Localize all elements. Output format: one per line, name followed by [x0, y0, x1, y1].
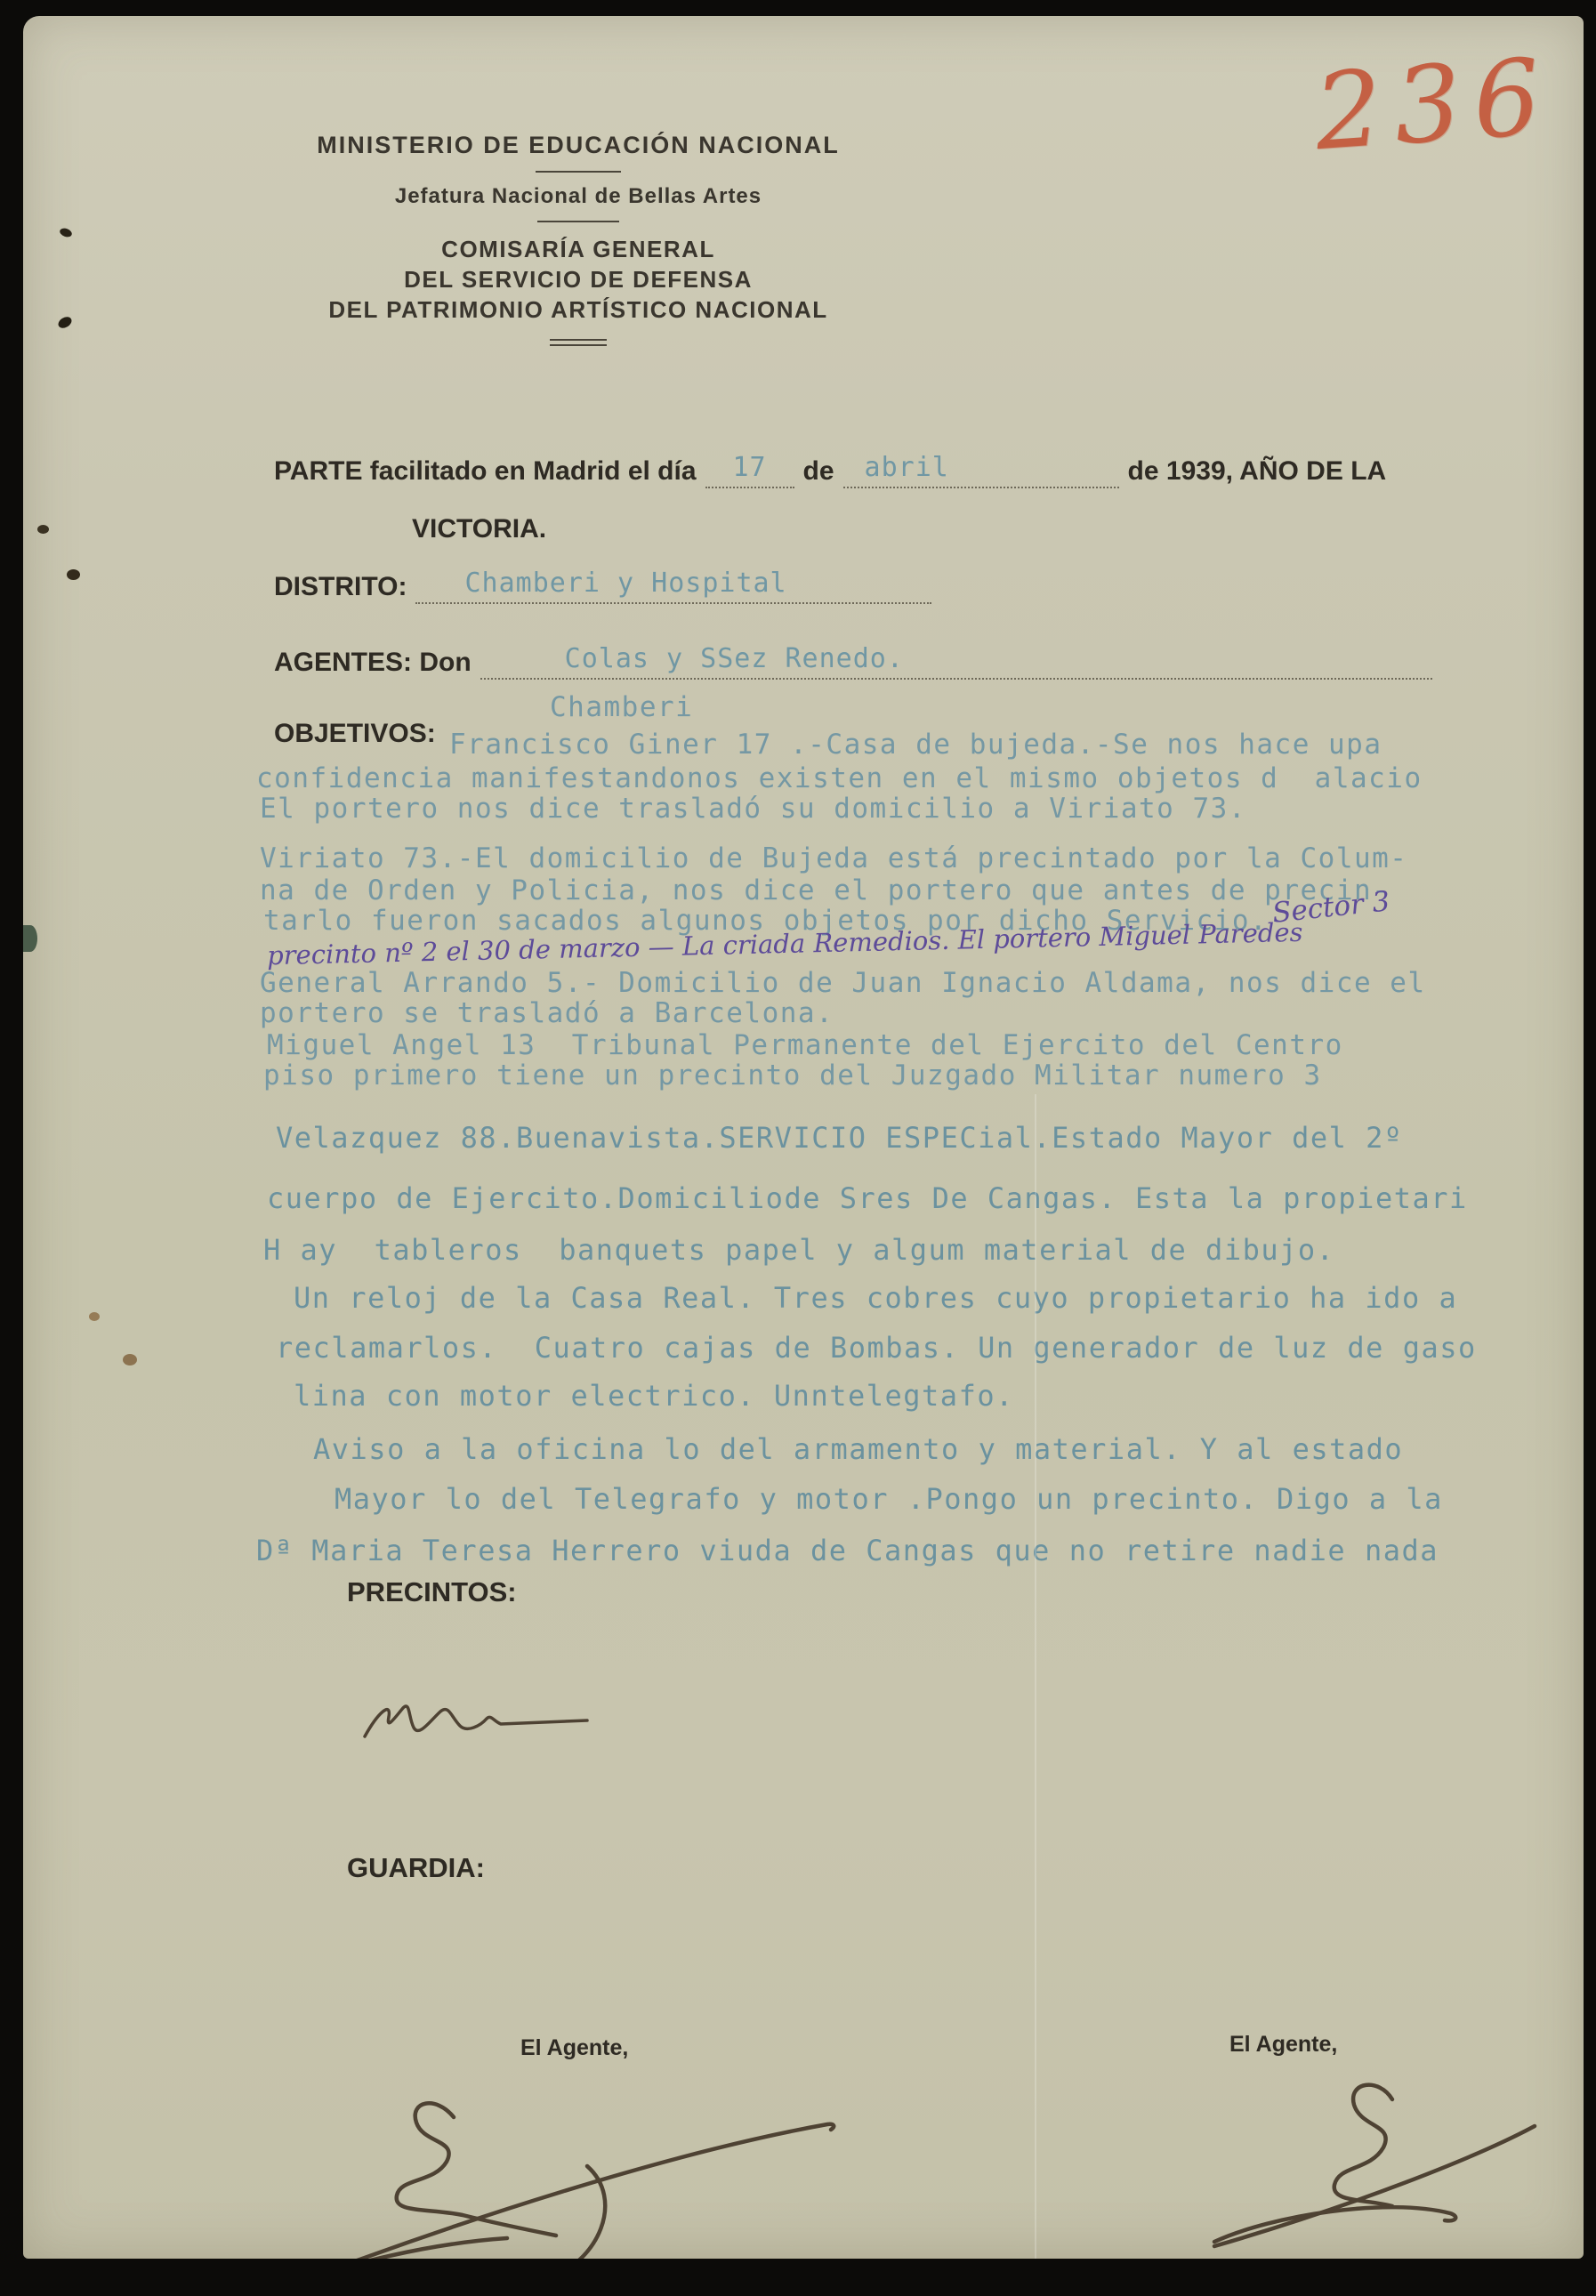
letterhead-rule-double [550, 339, 607, 346]
parte-prefix: PARTE facilitado en Madrid el día [274, 456, 697, 487]
ministry-title: MINISTERIO DE EDUCACIÓN NACIONAL [294, 132, 863, 159]
guardia-label: GUARDIA: [347, 1852, 485, 1884]
distrito-blank: Chamberi y Hospital [415, 571, 931, 604]
agent-label-right: El Agente, [1229, 2032, 1337, 2058]
agentes-blank: Colas y SSez Renedo. [480, 647, 1432, 680]
agentes-row: AGENTES: Don Colas y SSez Renedo. [274, 647, 1441, 680]
typed-line-arrando-1: General Arrando 5.- Domicilio de Juan Ig… [260, 968, 1426, 999]
paper-page: MINISTERIO DE EDUCACIÓN NACIONAL Jefatur… [23, 16, 1584, 2259]
agent-label-left: El Agente, [520, 2035, 628, 2061]
signature-left [294, 2091, 863, 2259]
typed-line-viriato-1: Viriato 73.-El domicilio de Bujeda está … [260, 843, 1407, 874]
comisaria-title-line3: DEL PATRIMONIO ARTÍSTICO NACIONAL [294, 294, 863, 325]
objetivos-label: OBJETIVOS: [274, 719, 436, 749]
stain [89, 1312, 100, 1321]
comisaria-title-line1: COMISARÍA GENERAL [294, 234, 863, 264]
victoria-line: VICTORIA. [412, 514, 546, 544]
day-value: 17 [732, 452, 766, 483]
paper-hole [37, 525, 49, 534]
typed-line-cuerpo-1: cuerpo de Ejercito.Domiciliode Sres De C… [267, 1183, 1468, 1214]
ink-speck [56, 315, 73, 331]
typed-line-miguel-1: Miguel Angel 13 Tribunal Permanente del … [267, 1030, 1343, 1061]
fold-crease [1035, 1094, 1036, 2259]
typed-line-francisco-1: Francisco Giner 17 .-Casa de bujeda.-Se … [449, 729, 1382, 761]
typed-line-miguel-2: piso primero tiene un precinto del Juzga… [263, 1060, 1322, 1092]
distrito-label: DISTRITO: [274, 572, 407, 602]
letterhead-rule [536, 171, 621, 173]
folio-number: 236 [1311, 44, 1556, 165]
objetivos-value: Chamberi [550, 692, 693, 723]
paper-hole [67, 569, 80, 580]
typed-line-aviso-1: Aviso a la oficina lo del armamento y ma… [313, 1434, 1403, 1465]
typed-line-aviso-3: Dª Maria Teresa Herrero viuda de Cangas … [256, 1535, 1439, 1567]
agentes-label: AGENTES: Don [274, 648, 472, 678]
parte-line: PARTE facilitado en Madrid el día 17 de … [274, 455, 1386, 488]
letterhead: MINISTERIO DE EDUCACIÓN NACIONAL Jefatur… [294, 132, 863, 360]
typed-line-aviso-2: Mayor lo del Telegrafo y motor .Pongo un… [335, 1484, 1443, 1515]
typed-line-arrando-2: portero se trasladó a Barcelona. [260, 998, 834, 1029]
signature-right [1192, 2073, 1548, 2259]
stain [123, 1354, 137, 1366]
distrito-value: Chamberi y Hospital [415, 568, 786, 599]
typed-line-velazquez: Velazquez 88.Buenavista.SERVICIO ESPECia… [276, 1123, 1403, 1154]
typed-line-cuerpo-5: lina con motor electrico. Unntelegtafo. [294, 1381, 1014, 1412]
de-label: de [803, 456, 834, 487]
typed-line-francisco-3: El portero nos dice trasladó su domicili… [260, 794, 1246, 825]
scanned-document: { "colors": { "paper": "#c8c5ae", "scan_… [0, 0, 1596, 2296]
typed-line-viriato-2: na de Orden y Policia, nos dice el porte… [260, 875, 1390, 906]
comisaria-title-line2: DEL SERVICIO DE DEFENSA [294, 264, 863, 294]
month-blank: abril [843, 455, 1119, 488]
agentes-value: Colas y SSez Renedo. [480, 643, 904, 674]
letterhead-rule [537, 221, 619, 222]
distrito-row: DISTRITO: Chamberi y Hospital [274, 571, 940, 604]
parte-suffix: de 1939, AÑO DE LA [1128, 456, 1387, 487]
day-blank: 17 [705, 455, 794, 488]
jefatura-title: Jefatura Nacional de Bellas Artes [294, 184, 863, 209]
typed-line-cuerpo-3: Un reloj de la Casa Real. Tres cobres cu… [294, 1283, 1457, 1314]
uno-scribble [351, 1681, 601, 1752]
precintos-label: PRECINTOS: [347, 1576, 517, 1608]
typed-line-cuerpo-2: H ay tableros banquets papel y algum mat… [263, 1235, 1334, 1266]
ink-speck [59, 227, 73, 238]
month-value: abril [843, 452, 949, 483]
edge-smudge [23, 925, 37, 952]
typed-line-cuerpo-4: reclamarlos. Cuatro cajas de Bombas. Un … [276, 1333, 1477, 1364]
typed-line-francisco-2: confidencia manifestandonos existen en e… [256, 763, 1423, 794]
